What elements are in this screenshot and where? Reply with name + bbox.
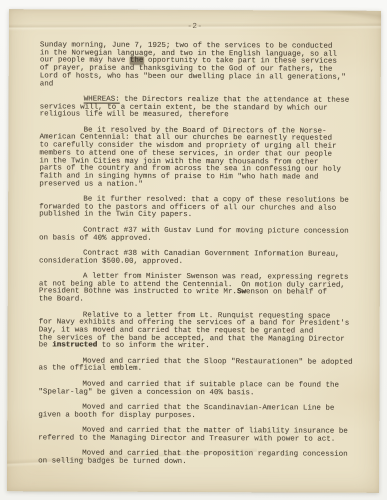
- paragraph: Contract #37 with Gustav Lund for moving…: [39, 227, 358, 244]
- text-segment: and: [40, 80, 54, 88]
- text-segment: Lord of hosts, who has "been our dwellin…: [40, 72, 346, 81]
- document-body: Sunday morning, June 7, 1925; two of the…: [38, 42, 359, 475]
- text-segment: referred to the Managing Director and Tr…: [38, 434, 335, 443]
- paragraph: Relative to a letter from Lt. Runquist r…: [39, 312, 358, 352]
- paragraph: Moved and carried that the matter of lia…: [38, 427, 357, 444]
- paragraph: Moved and carried that the proposition r…: [38, 450, 357, 467]
- paragraph: Be it resolved by the Board of Directors…: [39, 127, 358, 190]
- text-segment: on basis of 40% approved.: [39, 234, 152, 242]
- paper-crease-corner: [275, 9, 381, 23]
- paragraph: Moved and carried that the Sloop "Restau…: [38, 358, 357, 375]
- text-segment: religious life will be measured, therefo…: [40, 111, 229, 120]
- text-segment: on selling badges be turned down.: [38, 457, 187, 466]
- paragraph: Moved and carried that the Scandinavian-…: [38, 404, 357, 421]
- paragraph: WHEREAS: the Directors realize that the …: [40, 96, 359, 121]
- paragraph: Sunday morning, June 7, 1925; two of the…: [40, 42, 359, 90]
- page-number: -2-: [9, 22, 381, 32]
- photo-backdrop: -2- Sunday morning, June 7, 1925; two of…: [0, 0, 387, 500]
- text-segment: be: [39, 342, 53, 350]
- text-segment: enson on behalf of: [246, 289, 327, 297]
- text-segment: published in the Twin City papers.: [39, 211, 192, 220]
- text-segment: preserved us a nation.": [39, 180, 143, 188]
- text-segment: to so inform the writer.: [97, 342, 210, 350]
- paragraph: Moved and carried that if suitable place…: [38, 381, 357, 398]
- text-segment: as the official emblem.: [38, 365, 142, 373]
- paragraph: Be it further resolved: that a copy of t…: [39, 196, 358, 221]
- paragraph: Contract #38 with Canadian Government In…: [39, 250, 358, 267]
- document-page: -2- Sunday morning, June 7, 1925; two of…: [7, 9, 381, 493]
- text-segment: given a booth for display purposes.: [38, 411, 196, 420]
- paragraph: A letter from Minister Swenson was read,…: [39, 273, 358, 305]
- text-segment: the Board.: [39, 295, 84, 303]
- text-segment: consideration $500.00, approved.: [39, 257, 183, 266]
- text-segment: "Spelar-lag" be given a concession on 40…: [38, 388, 254, 397]
- text-segment: Sw: [237, 289, 246, 297]
- text-segment: instructed: [52, 342, 97, 350]
